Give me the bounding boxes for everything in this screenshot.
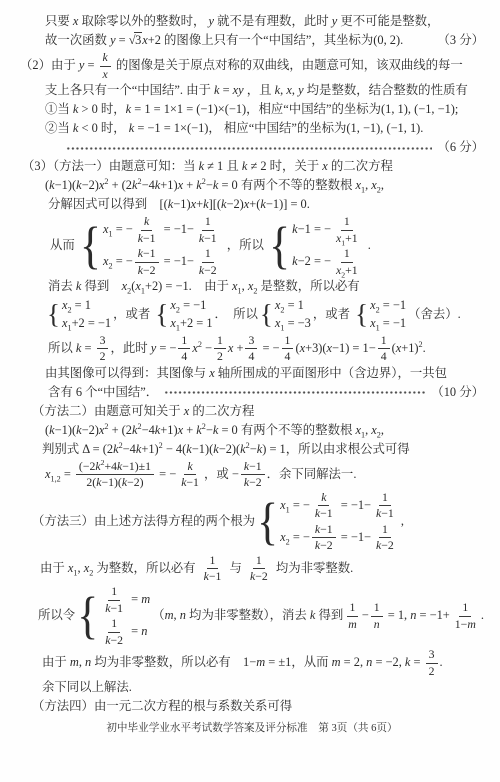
- cases-row: 1k−1 = m: [100, 585, 150, 615]
- doc-line: 所以令{1k−1 = m1k−2 = n（m, n 均为非零整数），消去 k 得…: [20, 585, 484, 647]
- text-run: 1: [462, 601, 468, 614]
- text-run: （3 分）: [438, 33, 484, 47]
- cases-row: x2 = 1: [62, 297, 91, 315]
- cases-system: {x2 = 1x1+2 = −1: [47, 297, 111, 332]
- text-run: = 1, n = −1+: [385, 607, 450, 625]
- cases-row: x1+2 = 1: [170, 315, 212, 333]
- text-run: = −1−: [161, 221, 194, 239]
- doc-line: 含有 6 个“中国结”．（10 分）: [20, 384, 484, 402]
- text-run: 分解因式可以得到 [(k−1)x+k][(k−2)x+(k−1)] = 0.: [48, 196, 310, 214]
- fraction: 11−m: [452, 601, 479, 631]
- text-run: k−1: [244, 460, 262, 473]
- doc-line: 消去 k 得到 x2(x1+2) = −1. 由于 x1, x2 是整数，所以必…: [20, 278, 484, 296]
- text-run: x2+1: [336, 264, 358, 277]
- fraction: 1k−2: [102, 617, 126, 647]
- text-run: 1: [285, 334, 291, 347]
- text-run: 从而: [50, 237, 78, 255]
- page-footer: 初中毕业学业水平考试数学答案及评分标准 第 3页（共 6页）: [20, 719, 484, 737]
- text-run: x+2 的图像上只有一个“中国结”，其坐标为(0, 2).: [142, 32, 403, 50]
- text-run: 判别式 Δ = (2k2−4k+1)2 − 4(k−1)(k−2)(k2−k) …: [42, 441, 410, 459]
- text-run: 初中毕业学业水平考试数学答案及评分标准 第 3页（共 6页）: [106, 721, 397, 736]
- text-run: ①当 k > 0 时，k = 1 = 1×1 = (−1)×(−1)，相应“中国…: [45, 101, 458, 119]
- text-run: 1: [350, 601, 356, 614]
- cases-row: k−1 = −1x1+1: [292, 215, 363, 245]
- text-run: = m: [128, 591, 150, 609]
- fraction: 1x1+1: [333, 215, 361, 245]
- text-run: k: [187, 460, 192, 473]
- doc-line: 只要 x 取除零以外的整数时， y 就不是有理数，此时 y 更不可能是整数，: [20, 13, 484, 31]
- text-run: 1: [205, 215, 211, 228]
- text-run: ．余下同解法一.: [267, 466, 357, 484]
- cases-system: {x1 = −kk−1 = −1−1k−1x2 = −k−1k−2 = −1−1…: [80, 215, 222, 277]
- fraction: 1m: [345, 601, 360, 631]
- text-run: x +: [228, 340, 244, 358]
- doc-line: ②当 k < 0 时， k = −1 = 1×(−1)， 相应“中国结”的坐标为…: [20, 120, 484, 138]
- text-run: ，或 −: [204, 466, 239, 484]
- text-run: (−2k2+4k−1)±1: [79, 460, 151, 473]
- text-run: = −: [156, 466, 176, 484]
- text-run: (k−1)(k−2)x2 + (2k2−4k+1)x + k2−k = 0 有两…: [45, 422, 384, 440]
- text-run: x2 = 1: [275, 297, 304, 315]
- text-run: x2 −: [192, 340, 212, 358]
- text-run: 余下同以上解法.: [42, 679, 132, 697]
- cases-row: x1+2 = −1: [62, 315, 111, 333]
- doc-line: 余下同以上解法.: [20, 679, 484, 697]
- text-run: 由于 m, n 均为非零整数，所以必有 1−m = ±1，从而 m = 2, n…: [42, 654, 424, 672]
- cases-row: x1 = −3: [275, 315, 311, 333]
- sqrt-radical: √3: [129, 32, 143, 50]
- text-run: k−1: [376, 507, 394, 520]
- text-run: ． 所以: [215, 306, 258, 324]
- text-run: （6 分）: [438, 139, 484, 157]
- text-run: x1+1: [336, 232, 358, 245]
- text-run: (k−1)(k−2)x2 + (2k2−4k+1)x + k2−k = 0 有两…: [45, 177, 384, 195]
- text-run: 1: [111, 585, 117, 598]
- fraction: k−1k−2: [135, 247, 159, 277]
- cases-system: {x2 = −1x1+2 = 1: [155, 297, 212, 332]
- text-run: = −1−: [161, 253, 194, 271]
- doc-line: 由于 x1, x2 为整数，所以必有 1k−1 与 1k−2 均为非零整数.: [20, 554, 484, 584]
- text-run: 的图像是关于原点对称的双曲线，由题意可知，该双曲线的每一: [113, 57, 463, 75]
- text-run: k−2: [138, 264, 156, 277]
- text-run: k−2: [244, 476, 262, 489]
- text-run: 1: [374, 601, 380, 614]
- text-run: 1−m: [455, 618, 476, 631]
- doc-line: （2）由于 y = kx 的图像是关于原点对称的双曲线，由题意可知，该双曲线的每…: [20, 51, 484, 81]
- fraction: kk−1: [135, 215, 159, 245]
- text-run: 1: [181, 334, 187, 347]
- text-run: ，此时 y = −: [110, 340, 176, 358]
- text-run: −: [362, 607, 369, 625]
- doc-line: （方法二）由题意可知关于 x 的二次方程: [20, 403, 484, 421]
- text-run: = −1−: [338, 529, 371, 547]
- left-brace: {: [269, 224, 290, 268]
- answer-sheet-page: 只要 x 取除零以外的整数时， y 就不是有理数，此时 y 更不可能是整数，故一…: [0, 0, 500, 782]
- text-run: x2 = −1: [370, 297, 406, 315]
- text-run: ，或者: [313, 306, 353, 324]
- doc-line: 由其图像可以得到：其图像与 x 轴所围成的平面图形中（含边界），一共包: [20, 365, 484, 383]
- text-run: k−1: [138, 247, 156, 260]
- left-brace: {: [80, 224, 101, 268]
- fraction: 32: [426, 648, 438, 678]
- text-run: 2: [429, 665, 435, 678]
- text-run: .: [481, 607, 484, 625]
- text-run: 1: [210, 554, 216, 567]
- text-run: 3: [248, 334, 254, 347]
- text-run: k: [321, 491, 326, 504]
- dotted-leader: [164, 391, 425, 394]
- cases-row: x2 = 1: [275, 297, 304, 315]
- text-run: （3）（方法一）由题意可知：当 k ≠ 1 且 k ≠ 2 时，关于 x 的二次…: [22, 158, 393, 176]
- fraction: kx: [100, 51, 111, 81]
- doc-line: (k−1)(k−2)x2 + (2k2−4k+1)x + k2−k = 0 有两…: [20, 177, 484, 195]
- fraction: 1n: [371, 601, 383, 631]
- fraction: 12: [214, 334, 226, 364]
- text-run: k−1: [204, 570, 222, 583]
- text-run: （方法四）由一元二次方程的根与系数关系可得: [32, 698, 292, 716]
- text-run: = −: [259, 340, 279, 358]
- fraction: 1k−1: [201, 554, 225, 584]
- cases-row: x1 = −kk−1 = −1−1k−1: [103, 215, 222, 245]
- cases-row: x2 = −k−1k−2 = −1−1k−2: [280, 523, 399, 553]
- left-brace: {: [47, 303, 60, 326]
- text-run: 3: [135, 33, 141, 47]
- text-run: 2: [100, 350, 106, 363]
- text-run: x1,2 =: [45, 466, 74, 484]
- text-run: x2 = −: [103, 253, 133, 271]
- text-run: 2(k−1)(k−2): [86, 476, 143, 489]
- text-run: （2）由于 y =: [20, 57, 98, 75]
- text-run: 3: [429, 648, 435, 661]
- text-run: k: [103, 51, 108, 64]
- text-run: k−1: [315, 507, 333, 520]
- fraction: k−1k−2: [312, 523, 336, 553]
- fraction: (−2k2+4k−1)±12(k−1)(k−2): [76, 460, 154, 490]
- fraction: 34: [245, 334, 257, 364]
- text-run: m: [348, 618, 357, 631]
- text-run: 与: [226, 560, 245, 578]
- doc-line: ①当 k > 0 时，k = 1 = 1×1 = (−1)×(−1)，相应“中国…: [20, 101, 484, 119]
- left-brace: {: [355, 303, 368, 326]
- fraction: 1k−1: [196, 215, 220, 245]
- text-run: 所以 k =: [48, 340, 95, 358]
- fraction: k−1k−2: [241, 460, 265, 490]
- text-run: n: [374, 618, 380, 631]
- text-run: x2 = −: [280, 529, 310, 547]
- text-run: x2 = −1: [170, 297, 206, 315]
- text-run: ，或者: [113, 306, 153, 324]
- cases-system: {k−1 = −1x1+1k−2 = −1x2+1: [269, 215, 363, 277]
- cases-row: x2 = −1: [170, 297, 206, 315]
- fraction: 14: [282, 334, 294, 364]
- doc-line: 所以 k = 32，此时 y = −14x2 −12x +34 = −14(x+…: [20, 334, 484, 364]
- text-run: = n: [128, 623, 147, 641]
- cases-row: x2 = −k−1k−2 = −1−1k−2: [103, 247, 222, 277]
- doc-line: 分解因式可以得到 [(k−1)x+k][(k−2)x+(k−1)] = 0.: [20, 196, 484, 214]
- fraction: 1k−2: [247, 554, 271, 584]
- left-brace: {: [155, 303, 168, 326]
- text-run: (x+1)2.: [392, 340, 426, 358]
- text-run: 4: [181, 350, 187, 363]
- text-run: （方法二）由题意可知关于 x 的二次方程: [32, 403, 254, 421]
- text-run: 1: [344, 215, 350, 228]
- cases-row: x1 = −kk−1 = −1−1k−1: [280, 491, 399, 521]
- text-run: 只要 x 取除零以外的整数时， y 就不是有理数，此时 y 更不可能是整数，: [45, 13, 439, 31]
- text-run: 3: [100, 334, 106, 347]
- doc-line: (k−1)(k−2)x2 + (2k2−4k+1)x + k2−k = 0 有两…: [20, 422, 484, 440]
- dotted-leader: [66, 147, 432, 150]
- fraction: 1k−1: [373, 491, 397, 521]
- text-run: .: [365, 237, 371, 255]
- text-run: k−2 = −: [292, 253, 331, 271]
- text-run: 4: [248, 350, 254, 363]
- doc-line: 从而 {x1 = −kk−1 = −1−1k−1x2 = −k−1k−2 = −…: [20, 215, 484, 277]
- text-run: k−1: [315, 523, 333, 536]
- text-run: k−2: [376, 539, 394, 552]
- text-run: （m, n 均为非零整数），消去 k 得到: [152, 607, 343, 625]
- cases-row: k−2 = −1x2+1: [292, 247, 363, 277]
- text-run: 由其图像可以得到：其图像与 x 轴所围成的平面图形中（含边界），一共包: [45, 365, 447, 383]
- fraction: 1k−2: [373, 523, 397, 553]
- fraction: 1x2+1: [333, 247, 361, 277]
- text-run: （10 分）: [431, 384, 484, 402]
- text-run: 2: [217, 350, 223, 363]
- left-brace: {: [260, 303, 273, 326]
- doc-line: x1,2 = (−2k2+4k−1)±12(k−1)(k−2) = −kk−1，…: [20, 460, 484, 490]
- text-run: 1: [111, 617, 117, 630]
- text-run: k−2: [199, 264, 217, 277]
- fraction: kk−1: [312, 491, 336, 521]
- text-run: 故一次函数 y =: [45, 32, 129, 50]
- text-run: 1: [217, 334, 223, 347]
- document-body: 只要 x 取除零以外的整数时， y 就不是有理数，此时 y 更不可能是整数，故一…: [20, 13, 484, 737]
- doc-line: {x2 = 1x1+2 = −1，或者 {x2 = −1x1+2 = 1． 所以…: [20, 297, 484, 332]
- doc-line: 支上各只有一个“中国结”. 由于 k = xy ，且 k, x, y 均是整数，…: [20, 82, 484, 100]
- text-run: ②当 k < 0 时， k = −1 = 1×(−1)， 相应“中国结”的坐标为…: [45, 120, 423, 138]
- left-brace: {: [77, 594, 98, 638]
- text-run: k−1: [138, 232, 156, 245]
- text-run: 消去 k 得到 x2(x1+2) = −1. 由于 x1, x2 是整数，所以必…: [48, 278, 360, 296]
- text-run: 1: [382, 523, 388, 536]
- text-run: （方法三）由上述方法得方程的两个根为: [32, 513, 255, 531]
- cases-row: x2 = −1: [370, 297, 406, 315]
- fraction: kk−1: [178, 460, 202, 490]
- text-run: 4: [381, 350, 387, 363]
- doc-line: （6 分）: [20, 139, 484, 157]
- text-run: 1: [205, 247, 211, 260]
- text-run: x1 = −: [280, 497, 310, 515]
- doc-line: （3）（方法一）由题意可知：当 k ≠ 1 且 k ≠ 2 时，关于 x 的二次…: [20, 158, 484, 176]
- text-run: 1: [256, 554, 262, 567]
- cases-system: {x2 = 1x1 = −3: [260, 297, 311, 332]
- score-label: （3 分）: [438, 32, 484, 50]
- fraction: 14: [378, 334, 390, 364]
- text-run: 1: [381, 334, 387, 347]
- text-run: k−1: [181, 476, 199, 489]
- doc-line: 判别式 Δ = (2k2−4k+1)2 − 4(k−1)(k−2)(k2−k) …: [20, 441, 484, 459]
- fraction: 32: [97, 334, 109, 364]
- text-run: 1: [344, 247, 350, 260]
- fraction: 14: [178, 334, 190, 364]
- text-run: k−2: [105, 634, 123, 647]
- text-run: 含有 6 个“中国结”．: [48, 384, 158, 402]
- left-brace: {: [257, 500, 278, 544]
- text-run: x1+2 = 1: [170, 315, 212, 333]
- text-run: k−2: [315, 539, 333, 552]
- cases-system: {x2 = −1x1 = −1: [355, 297, 406, 332]
- text-run: 4: [285, 350, 291, 363]
- fraction: 1k−2: [196, 247, 220, 277]
- text-run: x1 = −3: [275, 315, 311, 333]
- text-run: k−1: [199, 232, 217, 245]
- text-run: k: [144, 215, 149, 228]
- text-run: x1 = −1: [370, 315, 406, 333]
- doc-line: （方法四）由一元二次方程的根与系数关系可得: [20, 698, 484, 716]
- text-run: k−1 = −: [292, 221, 331, 239]
- text-run: 支上各只有一个“中国结”. 由于 k = xy ，且 k, x, y 均是整数，…: [45, 82, 468, 100]
- doc-line: （方法三）由上述方法得方程的两个根为{x1 = −kk−1 = −1−1k−1x…: [20, 491, 484, 553]
- text-run: (x+3)(x−1) = 1−: [295, 340, 375, 358]
- doc-line: 由于 m, n 均为非零整数，所以必有 1−m = ±1，从而 m = 2, n…: [20, 648, 484, 678]
- cases-row: x1 = −1: [370, 315, 406, 333]
- text-run: x: [103, 68, 108, 81]
- text-run: 均为非零整数.: [273, 560, 354, 578]
- text-run: 1: [382, 491, 388, 504]
- text-run: x1+2 = −1: [62, 315, 111, 333]
- text-run: k−1: [105, 602, 123, 615]
- text-run: x1 = −: [103, 221, 133, 239]
- text-run: 由于 x1, x2 为整数，所以必有: [40, 560, 199, 578]
- text-run: （舍去）.: [408, 306, 461, 324]
- text-run: k−2: [250, 570, 268, 583]
- doc-line: 故一次函数 y = √3x+2 的图像上只有一个“中国结”，其坐标为(0, 2)…: [20, 32, 484, 50]
- text-run: 所以令: [38, 607, 75, 625]
- cases-row: 1k−2 = n: [100, 617, 147, 647]
- text-run: ，所以: [224, 237, 267, 255]
- text-run: x2 = 1: [62, 297, 91, 315]
- fraction: 1k−1: [102, 585, 126, 615]
- cases-system: {x1 = −kk−1 = −1−1k−1x2 = −k−1k−2 = −1−1…: [257, 491, 399, 553]
- cases-system: {1k−1 = m1k−2 = n: [77, 585, 150, 647]
- text-run: = −1−: [338, 497, 371, 515]
- text-run: ,: [401, 513, 404, 531]
- text-run: .: [440, 654, 443, 672]
